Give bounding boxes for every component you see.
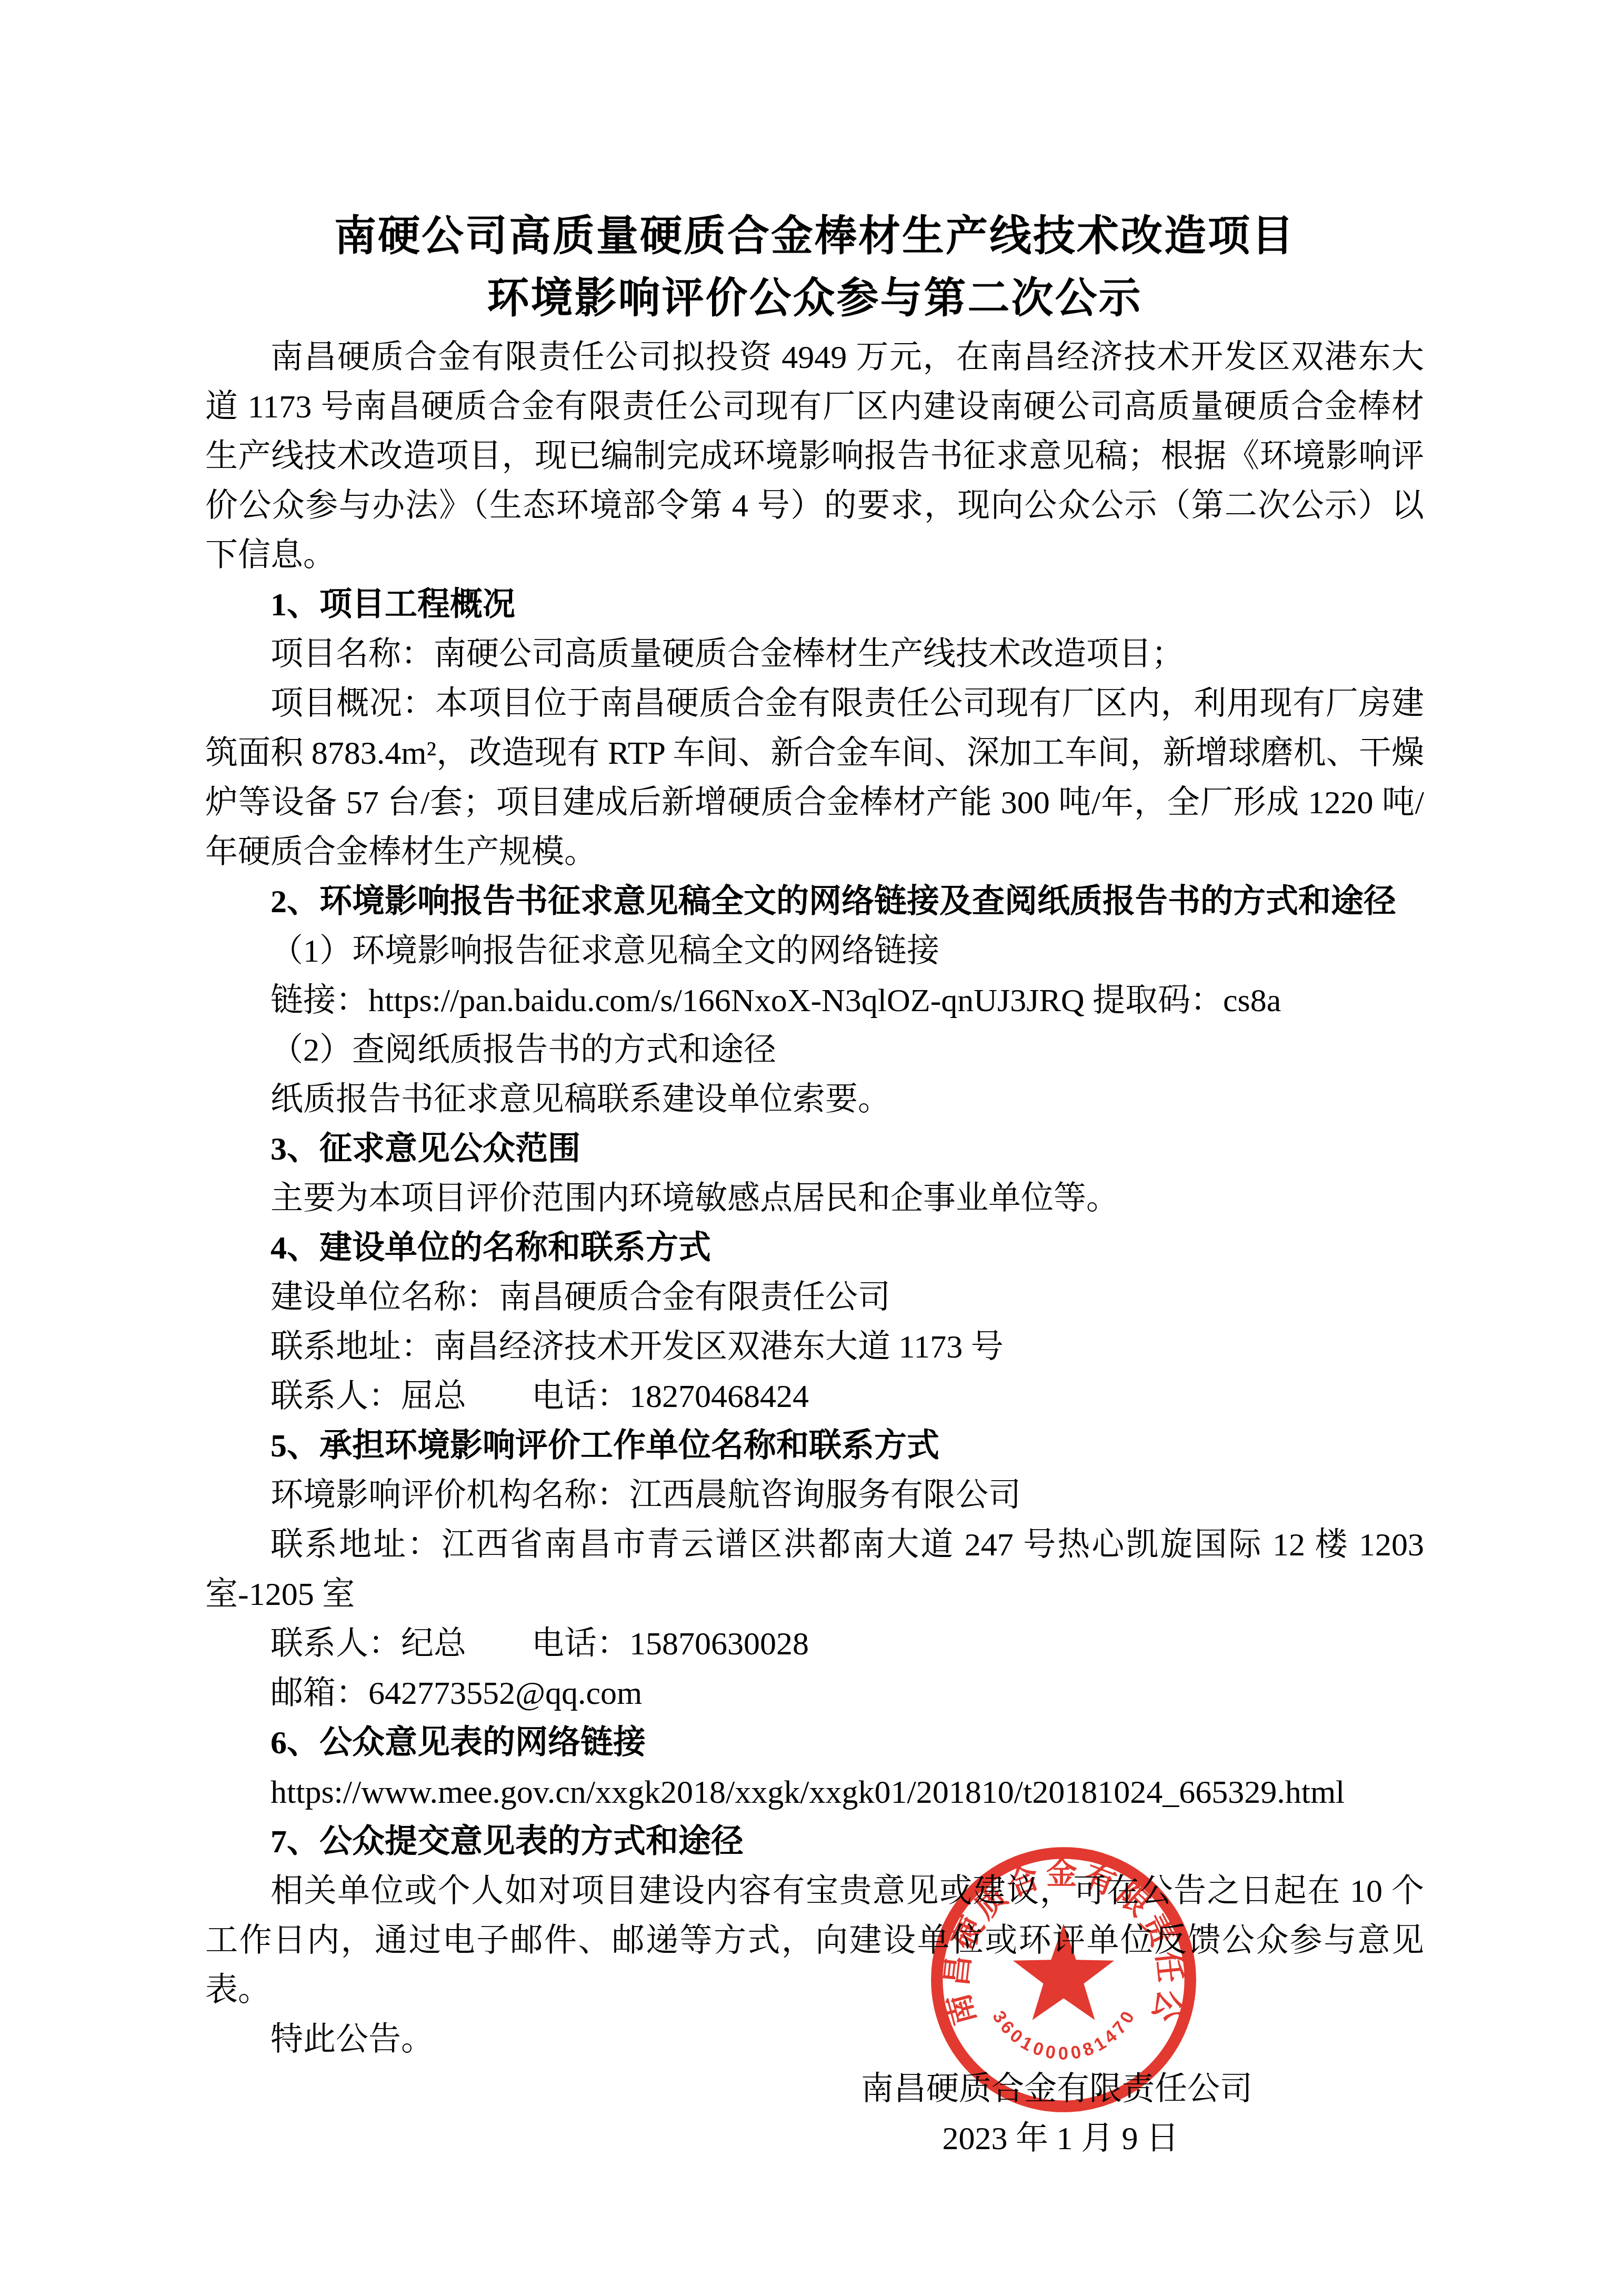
- extraction-code: 提取码：cs8a: [1085, 983, 1281, 1019]
- title-line-2: 环境影响评价公众参与第二次公示: [205, 267, 1424, 330]
- link-label: 链接：: [270, 983, 368, 1019]
- eia-agency-name-line: 环境影响评价机构名称：江西晨航咨询服务有限公司: [205, 1471, 1424, 1520]
- section-2-heading: 2、环境影响报告书征求意见稿全文的网络链接及查阅纸质报告书的方式和途径: [205, 877, 1424, 926]
- signature-company: 南昌硬质合金有限责任公司: [205, 2064, 1253, 2114]
- builder-address-line: 联系地址：南昌经济技术开发区双港东大道 1173 号: [205, 1322, 1424, 1372]
- project-name-line: 项目名称：南硬公司高质量硬质合金棒材生产线技术改造项目；: [205, 630, 1424, 679]
- paper-report-subheading: （2）查阅纸质报告书的方式和途径: [205, 1025, 1424, 1075]
- signature-date: 2023 年 1 月 9 日: [205, 2114, 1253, 2163]
- paper-report-line: 纸质报告书征求意见稿联系建设单位索要。: [205, 1075, 1424, 1124]
- report-link-line: 链接：https://pan.baidu.com/s/166NxoX-N3qlO…: [205, 976, 1424, 1025]
- report-draft-url[interactable]: https://pan.baidu.com/s/166NxoX-N3qlOZ-q…: [368, 983, 1085, 1019]
- eia-contact-line: 联系人：纪总 电话：15870630028: [205, 1619, 1424, 1669]
- section-1-heading: 1、项目工程概况: [205, 580, 1424, 630]
- document-title: 南硬公司高质量硬质合金棒材生产线技术改造项目 环境影响评价公众参与第二次公示: [205, 205, 1424, 330]
- section-4-heading: 4、建设单位的名称和联系方式: [205, 1223, 1424, 1273]
- title-line-1: 南硬公司高质量硬质合金棒材生产线技术改造项目: [205, 205, 1424, 267]
- report-link-subheading: （1）环境影响报告征求意见稿全文的网络链接: [205, 926, 1424, 976]
- builder-contact-line: 联系人：屈总 电话：18270468424: [205, 1372, 1424, 1421]
- intro-paragraph: 南昌硬质合金有限责任公司拟投资 4949 万元，在南昌经济技术开发区双港东大道 …: [205, 333, 1424, 580]
- feedback-method-paragraph: 相关单位或个人如对项目建设内容有宝贵意见或建议，可在公告之日起在 10 个工作日…: [205, 1866, 1424, 2015]
- section-7-heading: 7、公众提交意见表的方式和途径: [205, 1817, 1424, 1866]
- document-page: 南硬公司高质量硬质合金棒材生产线技术改造项目 环境影响评价公众参与第二次公示 南…: [0, 0, 1623, 2296]
- notice-closing-line: 特此公告。: [205, 2015, 1424, 2064]
- signature-block: 南昌硬质合金有限责任公司 2023 年 1 月 9 日: [205, 2064, 1424, 2163]
- eia-email-line: 邮箱：642773552@qq.com: [205, 1669, 1424, 1718]
- opinion-form-url[interactable]: https://www.mee.gov.cn/xxgk2018/xxgk/xxg…: [270, 1774, 1345, 1810]
- builder-name-line: 建设单位名称：南昌硬质合金有限责任公司: [205, 1273, 1424, 1322]
- project-overview-paragraph: 项目概况：本项目位于南昌硬质合金有限责任公司现有厂区内，利用现有厂房建筑面积 8…: [205, 679, 1424, 877]
- section-3-heading: 3、征求意见公众范围: [205, 1124, 1424, 1174]
- section-6-heading: 6、公众意见表的网络链接: [205, 1718, 1424, 1768]
- section-5-heading: 5、承担环境影响评价工作单位名称和联系方式: [205, 1421, 1424, 1471]
- public-scope-paragraph: 主要为本项目评价范围内环境敏感点居民和企事业单位等。: [205, 1174, 1424, 1223]
- eia-agency-address-line: 联系地址：江西省南昌市青云谱区洪都南大道 247 号热心凯旋国际 12 楼 12…: [205, 1520, 1424, 1619]
- opinion-form-link-line: https://www.mee.gov.cn/xxgk2018/xxgk/xxg…: [205, 1768, 1424, 1817]
